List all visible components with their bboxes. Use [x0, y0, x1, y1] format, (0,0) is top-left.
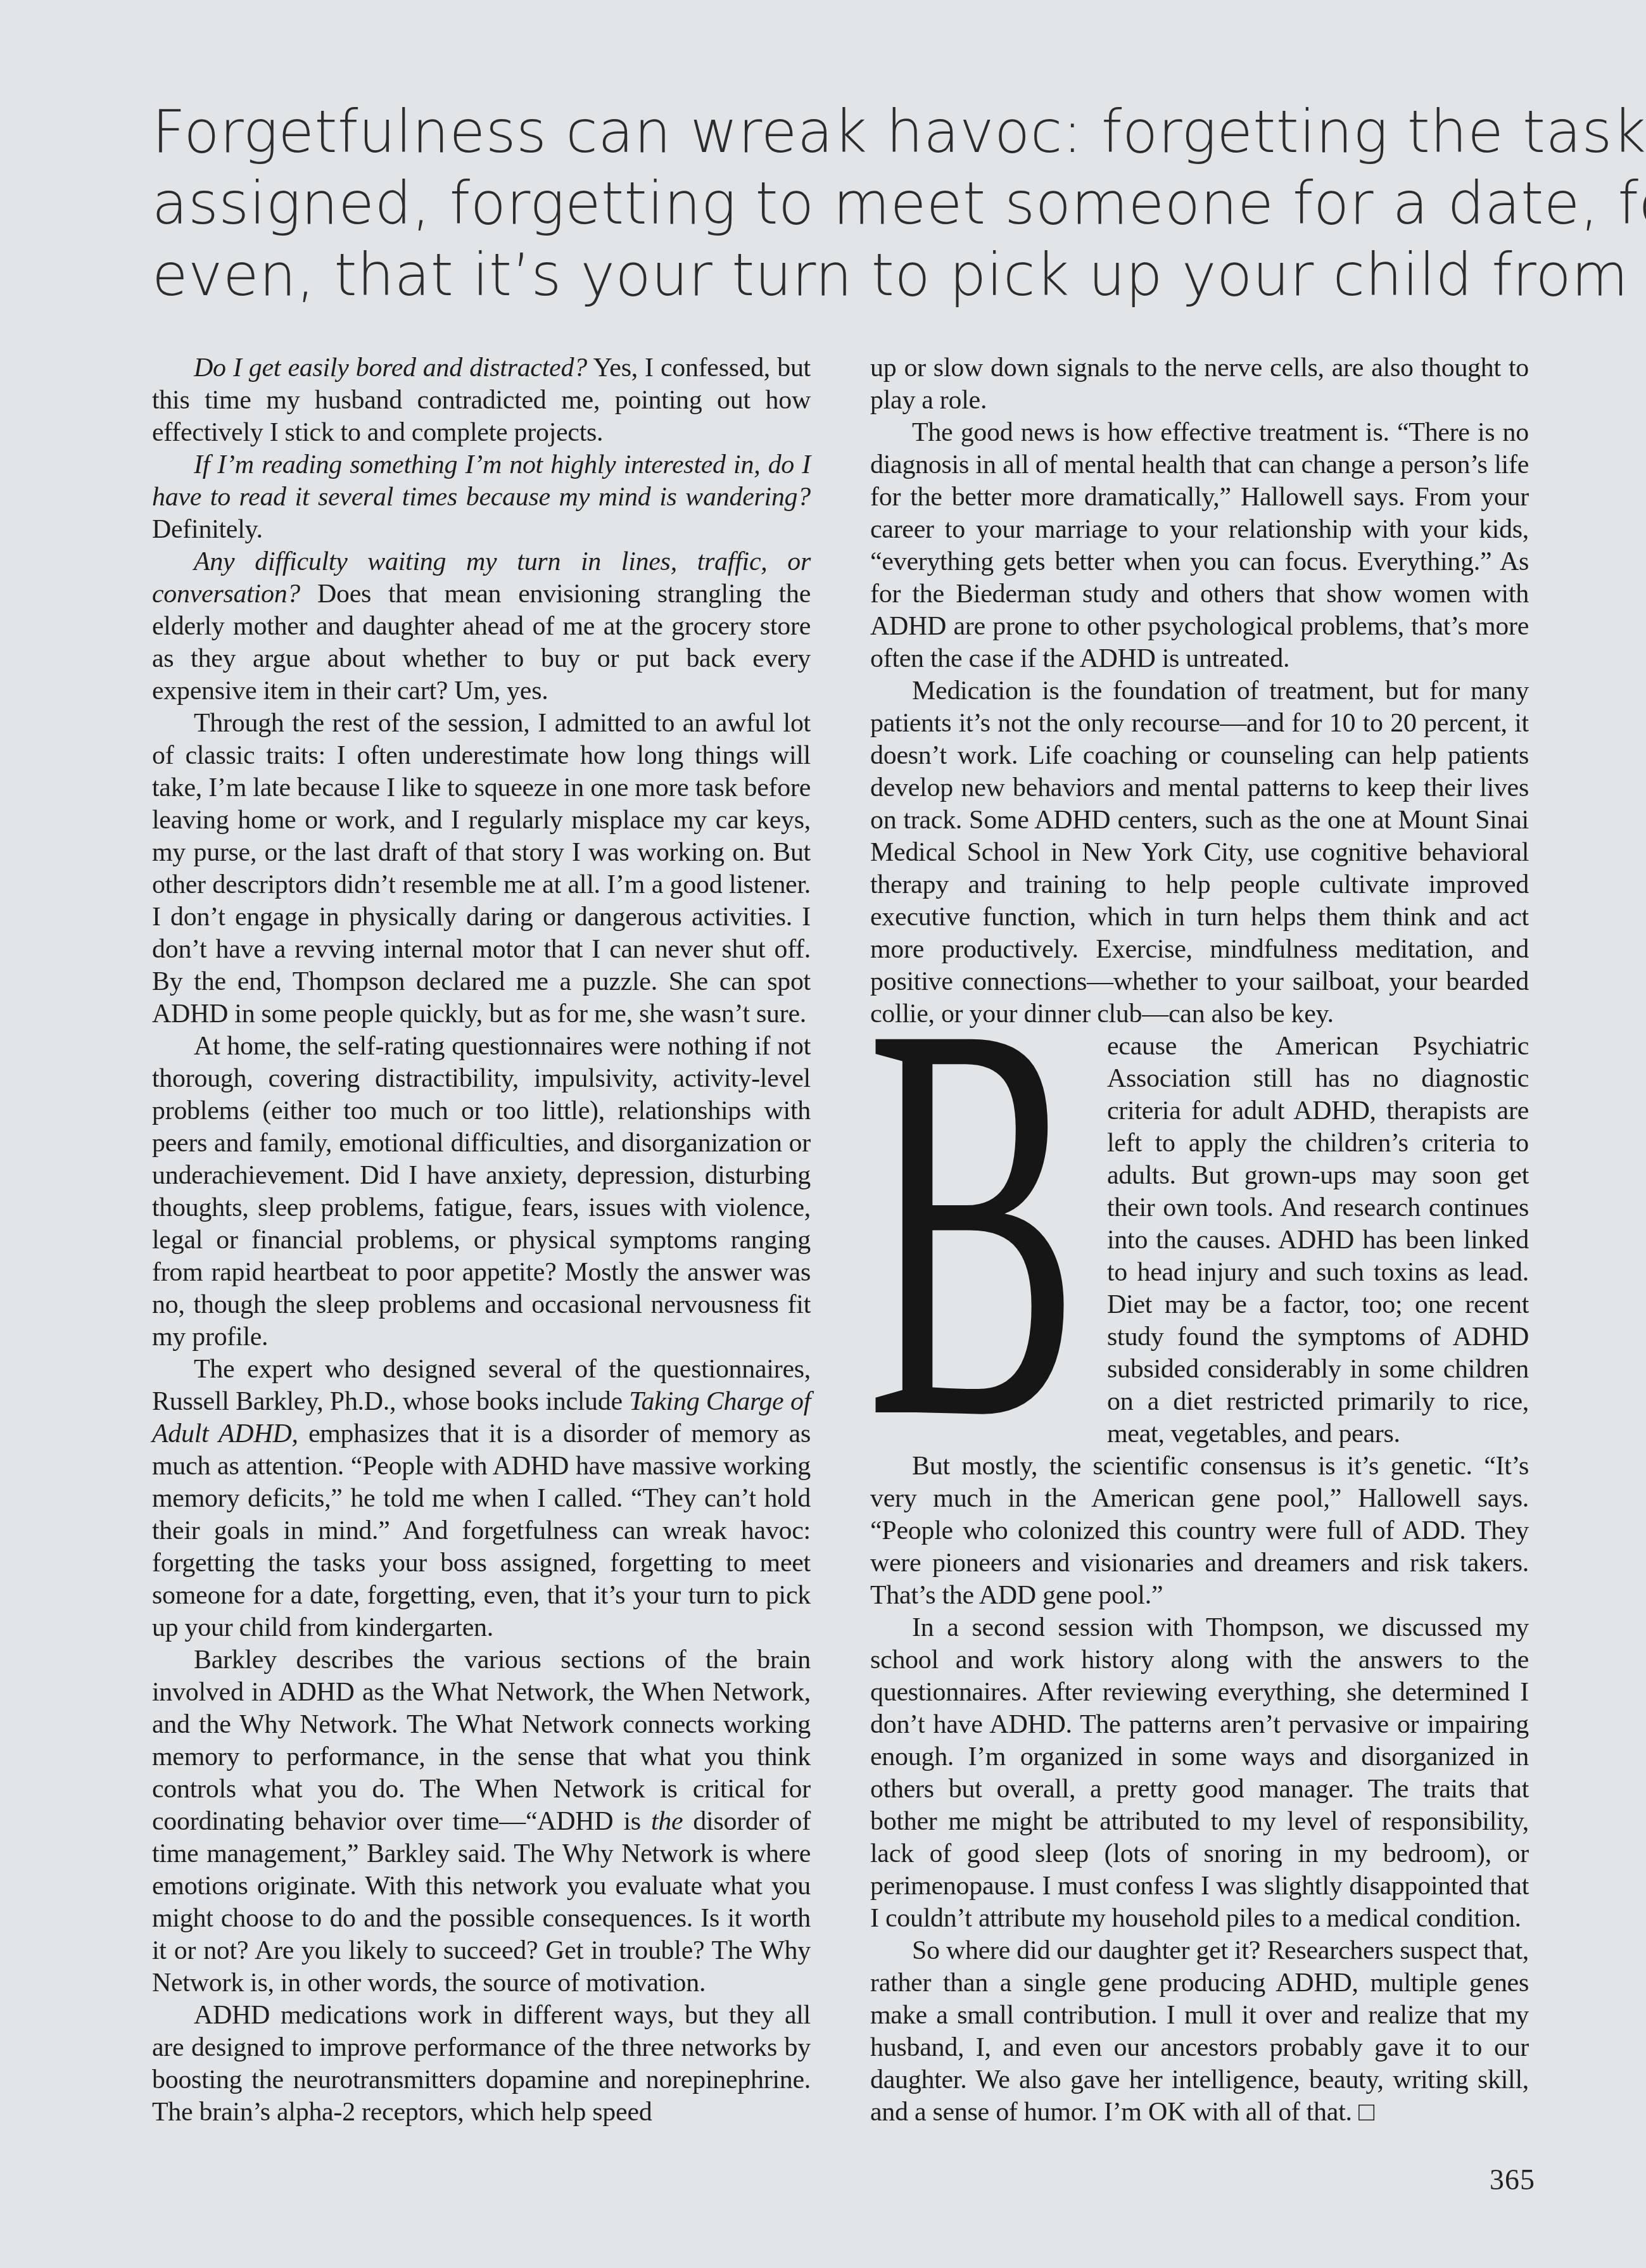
- text-run: ecause the American Psychiatric Associat…: [1107, 1032, 1529, 1448]
- magazine-page: Forgetfulness can wreak havoc: forgettin…: [0, 0, 1646, 2268]
- headline-line: even, that it’s your turn to pick up you…: [152, 239, 1628, 311]
- paragraph: The good news is how effective treatment…: [870, 417, 1529, 675]
- text-run: In a second session with Thompson, we di…: [870, 1613, 1529, 1933]
- paragraph: At home, the self-rating questionnaires …: [152, 1030, 811, 1353]
- body-column-right: up or slow down signals to the nerve cel…: [870, 352, 1529, 2129]
- paragraph: If I’m reading something I’m not highly …: [152, 449, 811, 546]
- text-run: So where did our daughter get it? Resear…: [870, 1936, 1529, 2127]
- drop-cap-letter: B: [866, 935, 1079, 1505]
- paragraph: Any difficulty waiting my turn in lines,…: [152, 546, 811, 707]
- text-run: up or slow down signals to the nerve cel…: [870, 353, 1529, 415]
- paragraph: Because the American Psychiatric Associa…: [870, 1030, 1529, 1450]
- text-run: Do I get easily bored and distracted?: [194, 353, 587, 383]
- text-run: Through the rest of the session, I admit…: [152, 709, 811, 1029]
- headline-line: assigned, forgetting to meet someone for…: [152, 168, 1628, 239]
- paragraph: Do I get easily bored and distracted? Ye…: [152, 352, 811, 449]
- paragraph: So where did our daughter get it? Resear…: [870, 1935, 1529, 2129]
- paragraph: up or slow down signals to the nerve cel…: [870, 352, 1529, 417]
- paragraph: In a second session with Thompson, we di…: [870, 1612, 1529, 1935]
- text-run: ADHD medications work in different ways,…: [152, 2001, 811, 2127]
- drop-cap: B: [870, 1036, 1083, 1419]
- text-run: the: [651, 1807, 683, 1836]
- page-number: 365: [1490, 2163, 1535, 2196]
- paragraph: ADHD medications work in different ways,…: [152, 1999, 811, 2129]
- text-run: emphasizes that it is a disorder of memo…: [152, 1419, 811, 1642]
- paragraph: The expert who designed several of the q…: [152, 1353, 811, 1644]
- text-run: The good news is how effective treatment…: [870, 418, 1529, 673]
- paragraph: Through the rest of the session, I admit…: [152, 707, 811, 1030]
- body-column-left: Do I get easily bored and distracted? Ye…: [152, 352, 811, 2129]
- paragraph: Barkley describes the various sections o…: [152, 1644, 811, 1999]
- pull-quote-headline: Forgetfulness can wreak havoc: forgettin…: [152, 96, 1628, 311]
- text-run: At home, the self-rating questionnaires …: [152, 1032, 811, 1352]
- text-run: If I’m reading something I’m not highly …: [152, 450, 811, 512]
- text-run: Definitely.: [152, 515, 263, 544]
- headline-line: Forgetfulness can wreak havoc: forgettin…: [152, 96, 1628, 168]
